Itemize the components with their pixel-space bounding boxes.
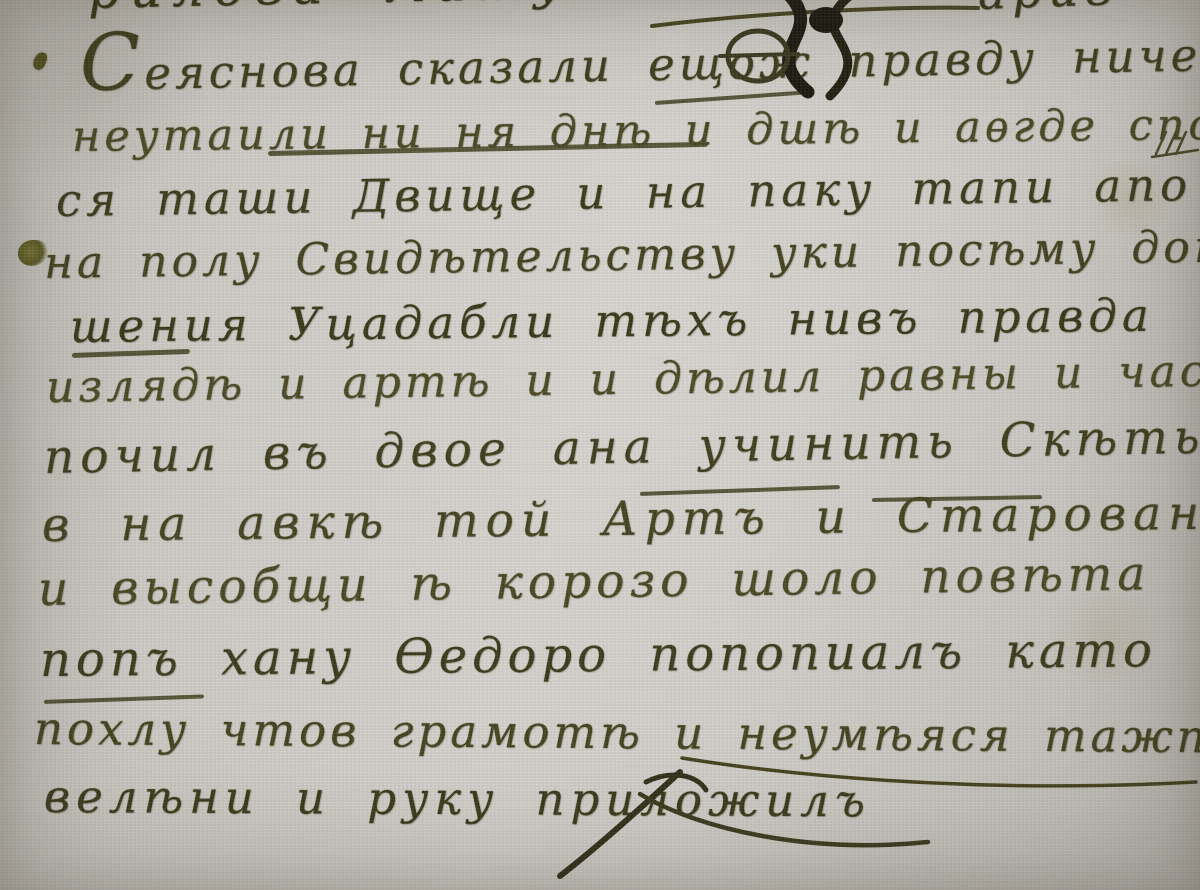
manuscript-line: рилова мату ск [87,0,702,20]
manuscript-page: рилова мату ск арив Сеяснова сказали ещо… [0,0,1200,890]
manuscript-line: попъ хану Ѳедоро попопиалъ като [40,622,1157,688]
manuscript-line: неутаили ни ня днѣ и дшѣ и аѳгде спо [72,100,1200,162]
manuscript-line: излядѣ и артѣ и и дѣлил равны и части [46,345,1200,413]
manuscript-line: почил въ двое ана учинить Скѣть [44,410,1200,485]
manuscript-line: в на авкѣ той Артъ и Старован [42,486,1200,553]
margin-ink-speck-icon [31,50,48,71]
signature-flourish-icon [520,768,940,883]
manuscript-line: шения Уцадабли тѣхъ нивъ правда [70,289,1154,353]
edge-pen-strokes-icon [1150,124,1200,166]
manuscript-line: и высобщи ѣ корозо шоло повѣта [38,546,1151,617]
ink-blot-flourish-icon [640,0,1000,117]
manuscript-line: на полу Свидѣтельству уки посѣму доно [44,221,1200,289]
manuscript-line: ся таши Двище и на паку тапи апо [56,158,1193,227]
